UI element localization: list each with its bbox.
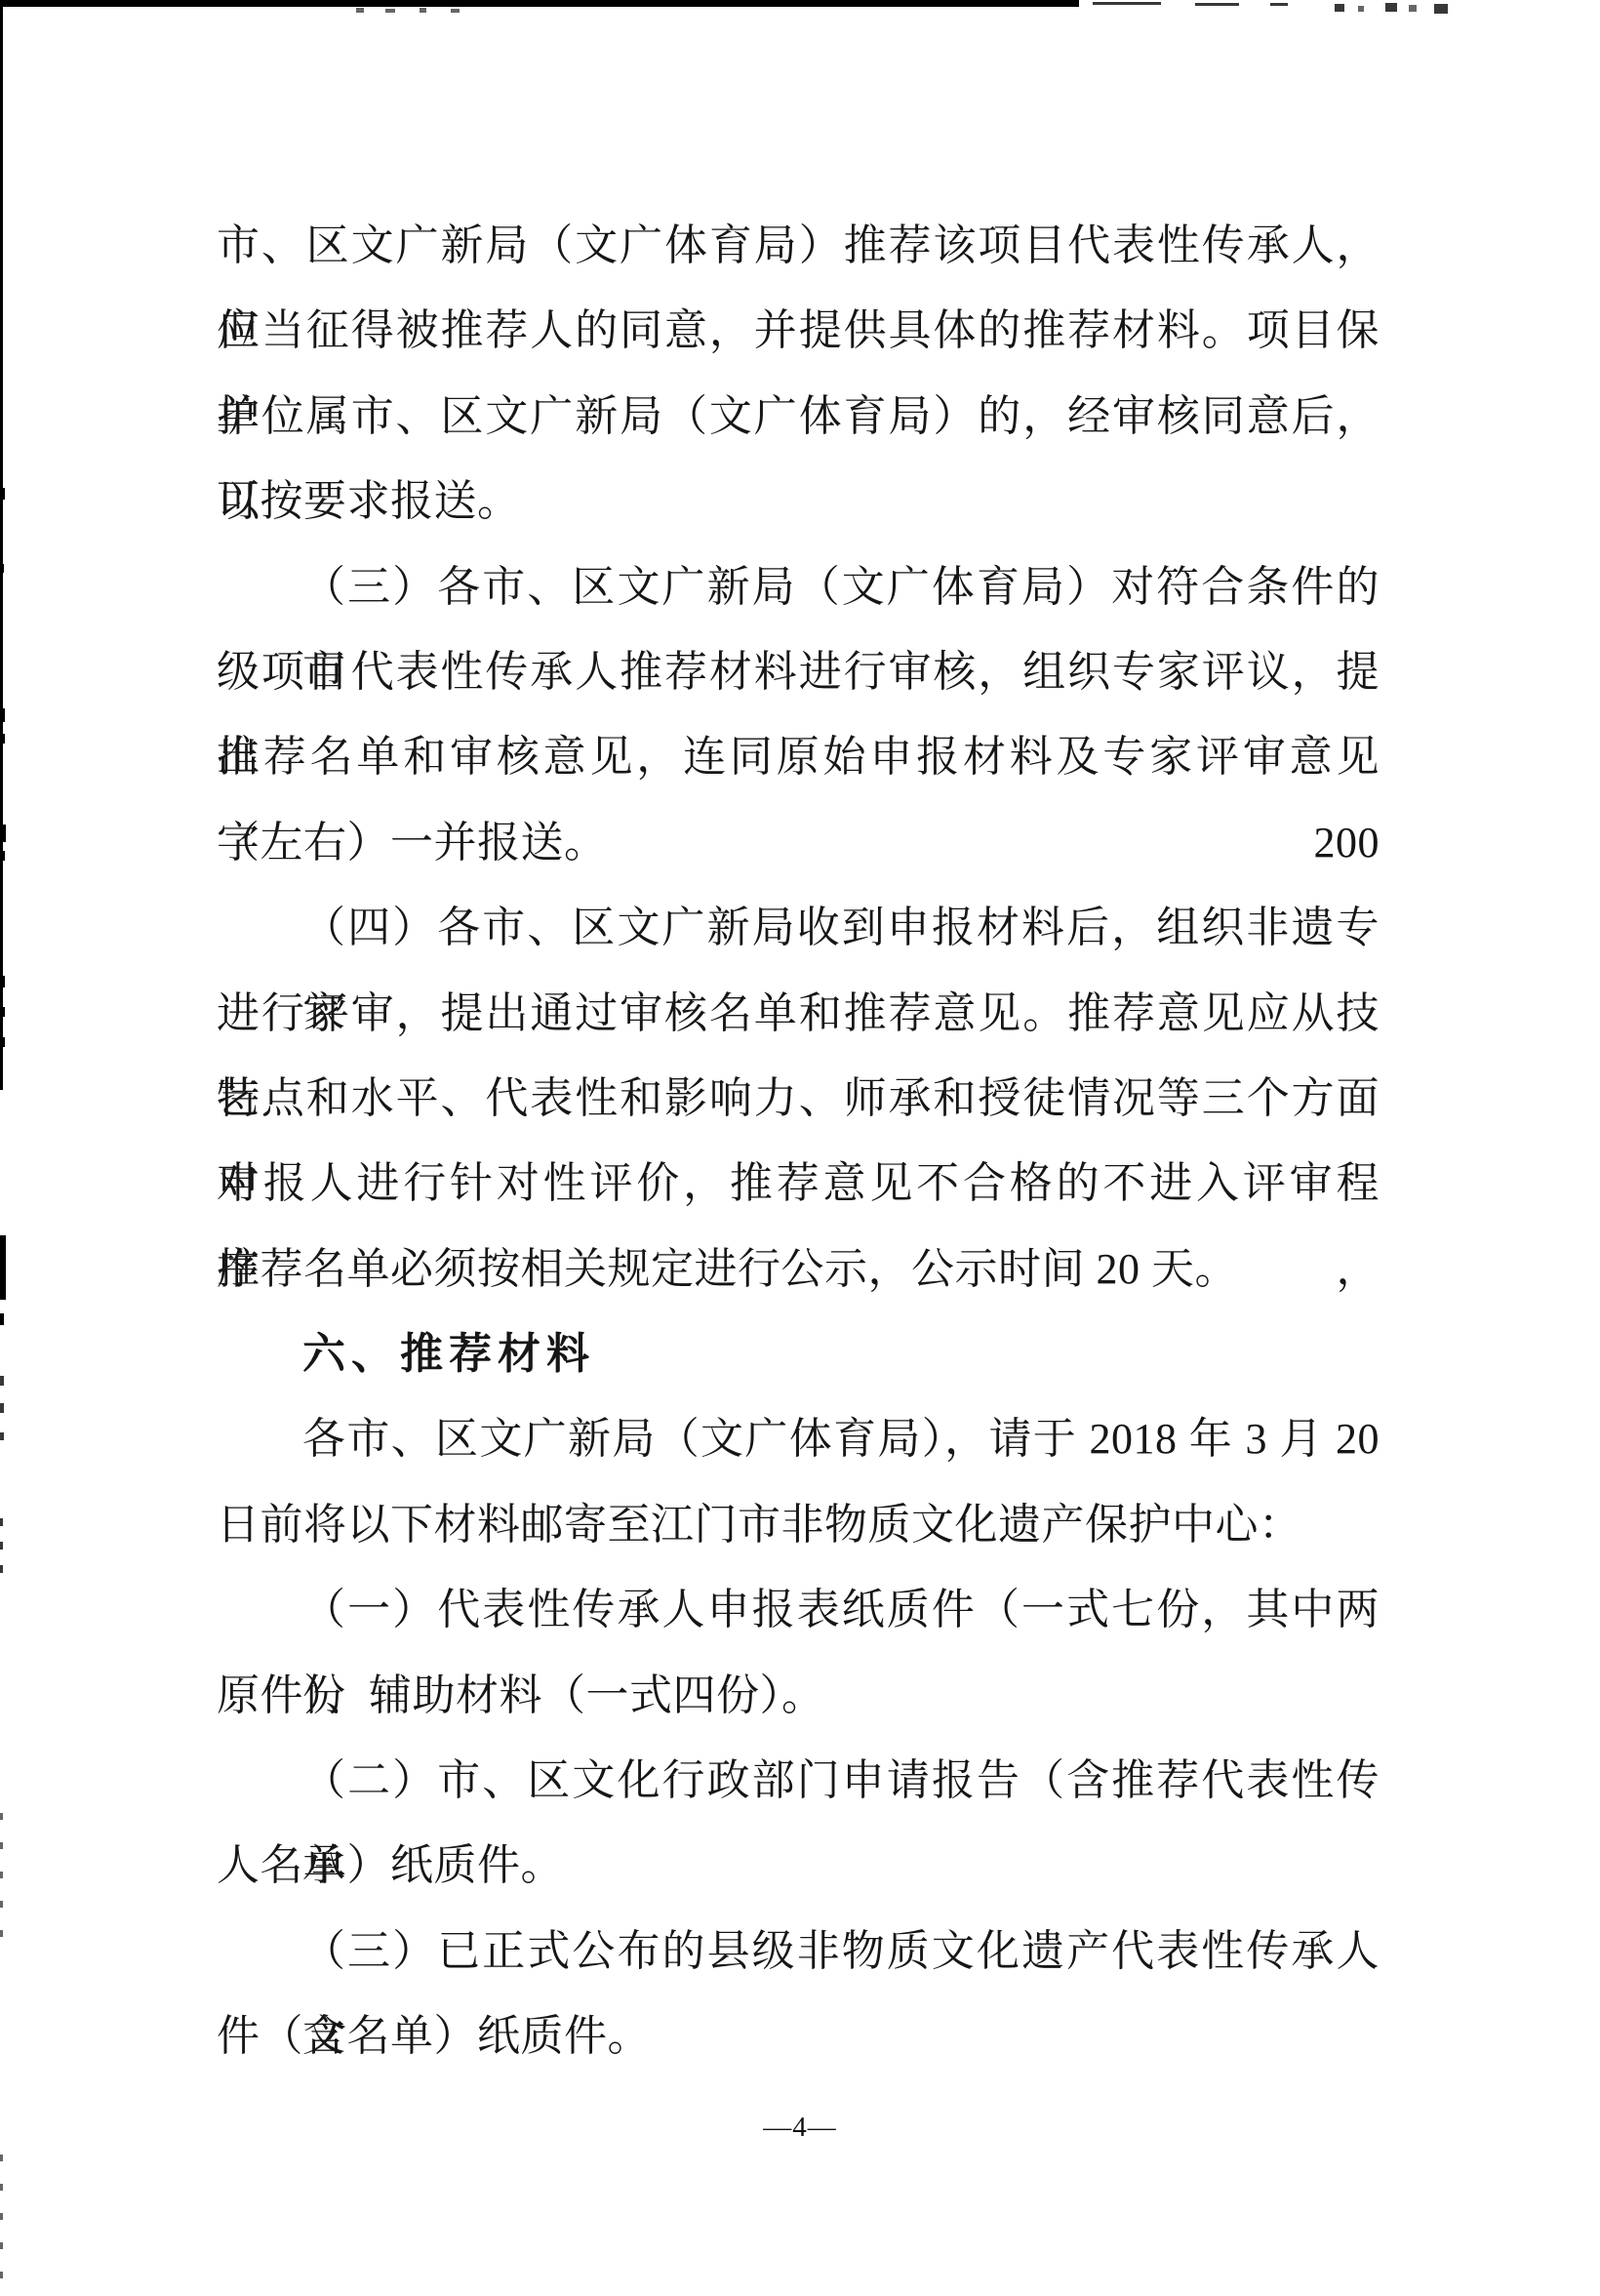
- scan-artifact: [451, 9, 460, 13]
- scan-artifact: [0, 2184, 3, 2191]
- scan-artifact: [0, 708, 5, 722]
- scan-artifact-left-line: [0, 7, 3, 1090]
- scan-artifact: [1385, 3, 1397, 12]
- text-line: 件（含名单）纸质件。: [217, 1994, 1380, 2078]
- text-line: 日前将以下材料邮寄至江门市非物质文化遗产保护中心：: [217, 1482, 1380, 1567]
- scan-artifact: [0, 1872, 3, 1878]
- text-line: 申报人进行针对性评价，推荐意见不合格的不进入评审程序，: [217, 1141, 1380, 1226]
- scan-artifact: [0, 1930, 3, 1937]
- scan-artifact: [1195, 3, 1239, 6]
- scan-artifact: [1335, 4, 1344, 12]
- scan-artifact: [0, 1313, 4, 1325]
- text-line: （三）已正式公布的县级非物质文化遗产代表性传承人文: [217, 1909, 1380, 1994]
- scan-artifact: [0, 1518, 3, 1526]
- scan-artifact: [0, 1813, 3, 1820]
- scan-artifact: [1093, 2, 1161, 5]
- scan-artifact: [0, 1007, 5, 1017]
- text-line: 应当征得被推荐人的同意，并提供具体的推荐材料。项目保护: [217, 288, 1380, 373]
- scan-artifact: [0, 1432, 4, 1440]
- text-line: 人名单）纸质件。: [217, 1823, 1380, 1908]
- text-line: 单位属市、区文广新局（文广体育局）的，经审核同意后，可: [217, 374, 1380, 459]
- scan-artifact: [0, 851, 5, 861]
- scan-artifact: [385, 9, 395, 13]
- text-line: （三）各市、区文广新局（文广体育局）对符合条件的市: [217, 544, 1380, 629]
- scan-artifact: [0, 1235, 6, 1300]
- text-line: 特点和水平、代表性和影响力、师承和授徒情况等三个方面对: [217, 1056, 1380, 1141]
- scan-artifact: [0, 1842, 3, 1849]
- scan-artifact: [0, 1901, 3, 1908]
- page-number: —4—: [0, 2112, 1600, 2144]
- scan-artifact: [0, 1037, 5, 1047]
- scan-artifact: [0, 488, 5, 500]
- scan-artifact: [0, 1565, 3, 1573]
- text-line: （四）各市、区文广新局收到申报材料后，组织非遗专家: [217, 885, 1380, 970]
- scan-artifact: [1409, 5, 1417, 12]
- scan-artifact-top-bar: [0, 0, 1079, 7]
- text-line: 市、区文广新局（文广体育局）推荐该项目代表性传承人，但: [217, 203, 1380, 288]
- text-line: 级项目代表性传承人推荐材料进行审核，组织专家评议，提出: [217, 629, 1380, 714]
- text-line: 原件）、辅助材料（一式四份）。: [217, 1653, 1380, 1738]
- scan-artifact: [1270, 3, 1288, 6]
- scan-artifact: [0, 1376, 4, 1386]
- document-page: 市、区文广新局（文广体育局）推荐该项目代表性传承人，但 应当征得被推荐人的同意，…: [0, 0, 1600, 2296]
- scan-artifact: [1434, 4, 1448, 14]
- text-line: （二）市、区文化行政部门申请报告（含推荐代表性传承: [217, 1738, 1380, 1823]
- scan-artifact: [0, 734, 5, 744]
- text-line: 推荐名单必须按相关规定进行公示，公示时间 20 天。: [217, 1227, 1380, 1311]
- scan-artifact: [0, 2155, 3, 2161]
- scan-artifact: [0, 825, 6, 842]
- scan-artifact: [0, 564, 4, 573]
- scan-artifact: [356, 8, 364, 13]
- scan-artifact: [1358, 6, 1364, 12]
- text-line: （一）代表性传承人申报表纸质件（一式七份，其中两份: [217, 1567, 1380, 1652]
- scan-artifact: [0, 2272, 3, 2278]
- text-line: 推荐名单和审核意见，连同原始申报材料及专家评审意见（200: [217, 714, 1380, 799]
- scan-artifact: [0, 2213, 3, 2220]
- section-heading: 六、推荐材料: [217, 1311, 1380, 1396]
- text-line: 各市、区文广新局（文广体育局），请于 2018 年 3 月 20: [217, 1396, 1380, 1481]
- text-line: 以按要求报送。: [217, 459, 1380, 544]
- scan-artifact: [0, 2242, 3, 2249]
- scan-artifact: [0, 1542, 3, 1550]
- scan-artifact: [0, 976, 5, 987]
- scan-artifact: [0, 1403, 4, 1413]
- scan-artifact: [420, 8, 426, 13]
- document-body: 市、区文广新局（文广体育局）推荐该项目代表性传承人，但 应当征得被推荐人的同意，…: [217, 203, 1380, 2079]
- text-line: 进行评审，提出通过审核名单和推荐意见。推荐意见应从技艺: [217, 971, 1380, 1056]
